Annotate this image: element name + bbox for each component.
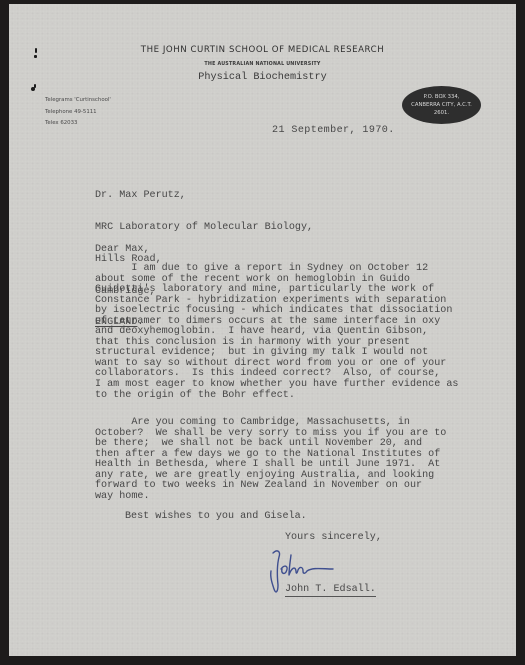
department-name: Physical Biochemistry <box>0 72 525 83</box>
valediction: Yours sincerely, <box>285 532 382 543</box>
recipient-org: MRC Laboratory of Molecular Biology, <box>95 223 313 234</box>
body-paragraph-1: I am due to give a report in Sydney on O… <box>95 264 458 401</box>
recipient-name: Dr. Max Perutz, <box>95 191 313 202</box>
institution-name: THE JOHN CURTIN SCHOOL OF MEDICAL RESEAR… <box>0 45 525 55</box>
signatory-line: John T. Edsall. <box>285 584 376 595</box>
address-badge-line1: P.O. BOX 334, <box>402 93 481 101</box>
address-badge: P.O. BOX 334, CANBERRA CITY, A.C.T. 2601… <box>402 86 481 124</box>
address-badge-line2: CANBERRA CITY, A.C.T. <box>402 101 481 109</box>
closing-wishes: Best wishes to you and Gisela. <box>125 511 307 522</box>
salutation: Dear Max, <box>95 244 150 255</box>
university-name: THE AUSTRALIAN NATIONAL UNIVERSITY <box>0 62 525 67</box>
address-badge-line3: 2601. <box>402 109 481 117</box>
punch-mark <box>34 84 36 88</box>
punch-mark <box>34 55 37 58</box>
telex-line: Telex 62033 <box>45 118 111 130</box>
contact-block: Telegrams 'Curtinschool' Telephone 49-51… <box>45 95 111 130</box>
signatory-name: John T. Edsall. <box>285 584 376 597</box>
telephone-line: Telephone 49-5111 <box>45 107 111 119</box>
letter-date: 21 September, 1970. <box>272 125 395 136</box>
telegrams-line: Telegrams 'Curtinschool' <box>45 95 111 107</box>
body-paragraph-2: Are you coming to Cambridge, Massachuset… <box>95 418 446 502</box>
